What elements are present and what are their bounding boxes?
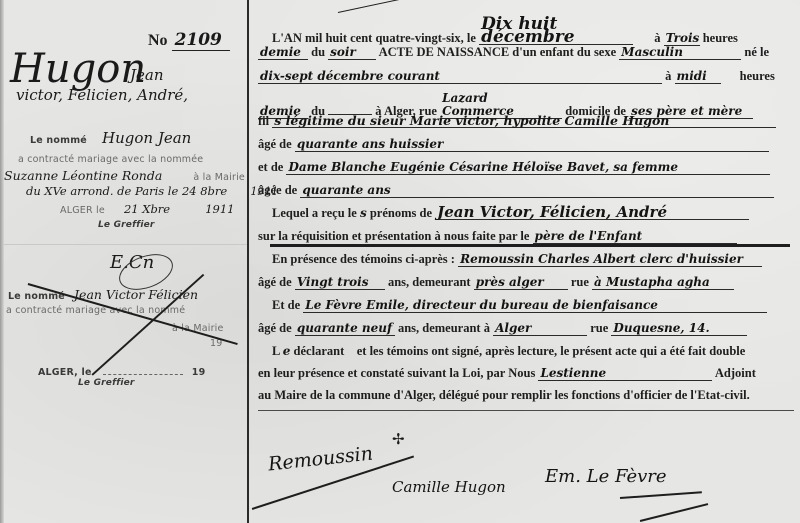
- mention1-prefix: Le nommé: [30, 135, 87, 146]
- act-text: à: [665, 69, 671, 83]
- page-edge-shadow: [0, 0, 4, 523]
- act-text: L'AN mil huit cent quatre-vingt-six, le: [272, 31, 476, 45]
- act-witness1-field: Remoussin Charles Albert clerc d'huissie…: [458, 253, 762, 267]
- act-witness2-field: Le Fèvre Emile, directeur du bureau de b…: [303, 299, 767, 313]
- act-text: né le: [744, 45, 769, 59]
- record-number: No 2109: [148, 30, 230, 50]
- birth-record-page: No 2109 Hugon Jean victor, Félicien, And…: [0, 0, 800, 523]
- act-text: L: [272, 344, 280, 358]
- act-witness1-age-field: Vingt trois: [295, 276, 385, 290]
- act-line-15: L e déclarant et les témoins ont signé, …: [272, 344, 745, 359]
- act-text: âgé de: [258, 321, 292, 335]
- mention2-year-2: 19: [192, 367, 206, 378]
- act-mother-field: Dame Blanche Eugénie Césarine Héloïse Ba…: [286, 161, 770, 175]
- act-line-13: Et de Le Fèvre Emile, directeur du burea…: [272, 298, 767, 313]
- section-rule-2: [258, 410, 794, 411]
- act-date-field: Dix huit décembre: [479, 18, 633, 45]
- act-text: fil: [258, 114, 269, 128]
- act-line-12: âgé de Vingt trois ans, demeurant près a…: [258, 275, 734, 290]
- section-rule-1: [270, 244, 790, 247]
- mention1-name: Hugon Jean: [102, 129, 191, 147]
- signature-witness-2: Em. Le Fèvre: [545, 466, 667, 487]
- act-text: rue: [590, 321, 608, 335]
- act-witness2-street-field: Duquesne, 14.: [611, 322, 747, 336]
- signature-underline-3: [640, 503, 708, 521]
- record-number-label: No: [148, 32, 168, 49]
- act-period-field: soir: [328, 46, 376, 60]
- act-sex-field: Masculin: [619, 46, 741, 60]
- act-line-14: âgé de quarante neuf ans, demeurant à Al…: [258, 321, 747, 336]
- mention2-greffier: Le Greffier: [78, 378, 135, 388]
- act-text: Adjoint: [715, 366, 756, 380]
- act-text: et de: [258, 160, 283, 174]
- mention1-date: 21 Xbre: [124, 202, 170, 216]
- act-text: âgée de: [258, 183, 297, 197]
- act-mother-age-field: quarante ans: [300, 184, 774, 198]
- act-text: Lequel a reçu le: [272, 206, 357, 220]
- act-line-10: sur la réquisition et présentation à nou…: [258, 229, 737, 244]
- mention1-place-date: du XVe arrond. de Paris le 24 8bre: [26, 184, 227, 198]
- act-text: de: [420, 206, 433, 220]
- act-birth-date-field: dix-sept décembre courant: [258, 70, 662, 84]
- mention2-alger-le: ALGER, le: [38, 367, 92, 378]
- act-text: âgé de: [258, 275, 292, 289]
- act-text: En présence des témoins ci-après :: [272, 252, 455, 266]
- act-line-3: dix-sept décembre courant à midi heures: [258, 69, 775, 84]
- act-father-field: s légitime du sieur Marie victor, hypoli…: [272, 114, 776, 128]
- act-line-5: fil s légitime du sieur Marie victor, hy…: [258, 114, 776, 129]
- margin-separator: [4, 244, 247, 245]
- act-line-7: et de Dame Blanche Eugénie Césarine Hélo…: [258, 160, 770, 175]
- margin-surname: Hugon: [10, 48, 146, 90]
- signature-underline-2: [620, 491, 702, 498]
- mention1-date-year: 1911: [205, 202, 234, 216]
- margin-given-names-2: victor, Félicien, André,: [16, 86, 188, 104]
- act-witness1-street-field: à Mustapha agha: [592, 276, 734, 290]
- signature-father: Camille Hugon: [392, 478, 506, 496]
- act-child-names-field: Jean Victor, Félicien, André: [435, 206, 749, 220]
- act-witness2-residence-field: Alger: [493, 322, 587, 336]
- act-hour-field: Trois: [664, 32, 700, 46]
- act-text: ans, demeurant à: [398, 321, 490, 335]
- signature-witness-1: Remoussin: [267, 443, 374, 476]
- act-text: âgé de: [258, 137, 292, 151]
- act-line-2: demie du soir ACTE DE NAISSANCE d'un enf…: [258, 45, 769, 60]
- act-declarant-gender-field: e: [283, 344, 291, 358]
- margin-divider: [247, 0, 249, 523]
- act-text: au Maire de la commune d'Alger, délégué …: [258, 388, 750, 402]
- act-line-11: En présence des témoins ci-après : Remou…: [272, 252, 762, 267]
- mention1-greffier: Le Greffier: [98, 220, 155, 230]
- act-text: Et de: [272, 298, 300, 312]
- mention1-line2: a contracté mariage avec la nommée: [18, 154, 203, 165]
- act-declarant-field: père de l'Enfant: [533, 230, 737, 244]
- act-line-1: L'AN mil huit cent quatre-vingt-six, le …: [272, 18, 738, 46]
- act-text: rue: [571, 275, 589, 289]
- act-line-16: en leur présence et constaté suivant la …: [258, 366, 756, 381]
- act-prenoms-count-field: s: [360, 206, 367, 220]
- act-text: ACTE DE NAISSANCE d'un enfant du sexe: [379, 45, 617, 59]
- act-witness2-age-field: quarante neuf: [295, 322, 395, 336]
- act-text: à: [654, 31, 660, 45]
- act-birth-hour-field: midi: [675, 70, 721, 84]
- act-father-age-field: quarante ans huissier: [295, 138, 769, 152]
- act-text: en leur présence et constaté suivant la …: [258, 366, 535, 380]
- act-text: prénoms: [370, 206, 417, 220]
- act-text: du: [311, 45, 325, 59]
- act-text: ans, demeurant: [388, 275, 471, 289]
- act-text: déclarant et les témoins ont signé, aprè…: [294, 344, 746, 358]
- margin-given-names-1: Jean: [130, 66, 164, 84]
- act-text: heures: [703, 31, 738, 45]
- act-line-8: âgée de quarante ans: [258, 183, 774, 198]
- act-line-17: au Maire de la commune d'Alger, délégué …: [258, 388, 750, 403]
- signature-flourish-icon: ✢: [392, 430, 405, 448]
- act-line-9: Lequel a reçu le s prénoms de Jean Victo…: [272, 206, 749, 221]
- act-hour-fraction-field: demie: [258, 46, 308, 60]
- act-witness1-residence-field: près alger: [474, 276, 568, 290]
- mention1-alger-le: ALGER le: [60, 205, 105, 216]
- act-line-6: âgé de quarante ans huissier: [258, 137, 769, 152]
- act-text: sur la réquisition et présentation à nou…: [258, 229, 529, 243]
- record-number-value: 2109: [172, 30, 230, 51]
- ink-stroke: [338, 0, 416, 13]
- act-text: heures: [740, 69, 775, 83]
- act-officer-field: Lestienne: [538, 367, 712, 381]
